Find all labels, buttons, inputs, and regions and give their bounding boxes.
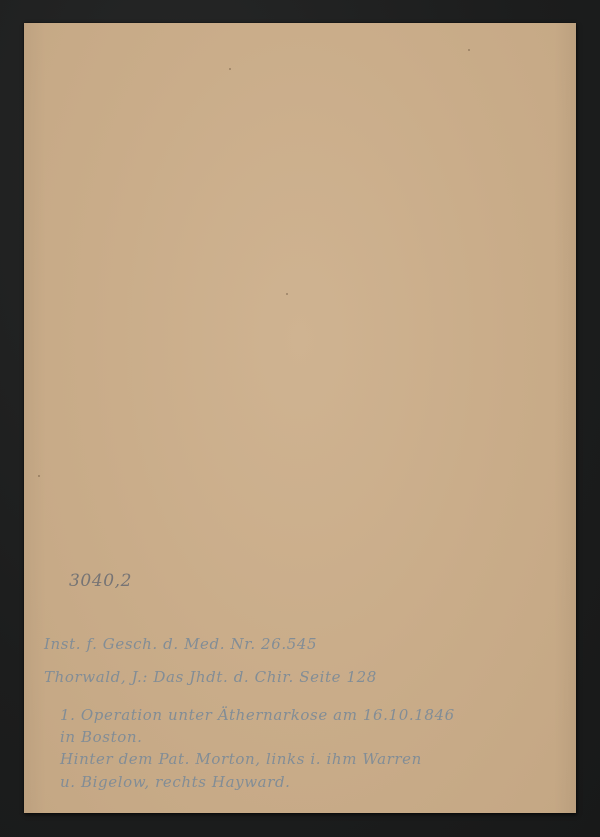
handwritten-line-persons-cont: u. Bigelow, rechts Hayward.	[60, 773, 291, 791]
paper-speck	[229, 68, 231, 70]
paper-speck	[38, 475, 40, 477]
handwritten-line-location: in Boston.	[60, 728, 142, 746]
handwritten-line-institute: Inst. f. Gesch. d. Med. Nr. 26.545	[44, 635, 317, 653]
handwritten-line-operation: 1. Operation unter Äthernarkose am 16.10…	[60, 706, 455, 724]
document-page: 3040,2 Inst. f. Gesch. d. Med. Nr. 26.54…	[24, 23, 576, 813]
signature-number: 3040,2	[69, 571, 132, 591]
paper-speck	[468, 49, 470, 51]
paper-speck	[286, 293, 288, 295]
handwritten-line-source: Thorwald, J.: Das Jhdt. d. Chir. Seite 1…	[44, 668, 377, 686]
handwritten-line-persons: Hinter dem Pat. Morton, links i. ihm War…	[60, 750, 422, 768]
